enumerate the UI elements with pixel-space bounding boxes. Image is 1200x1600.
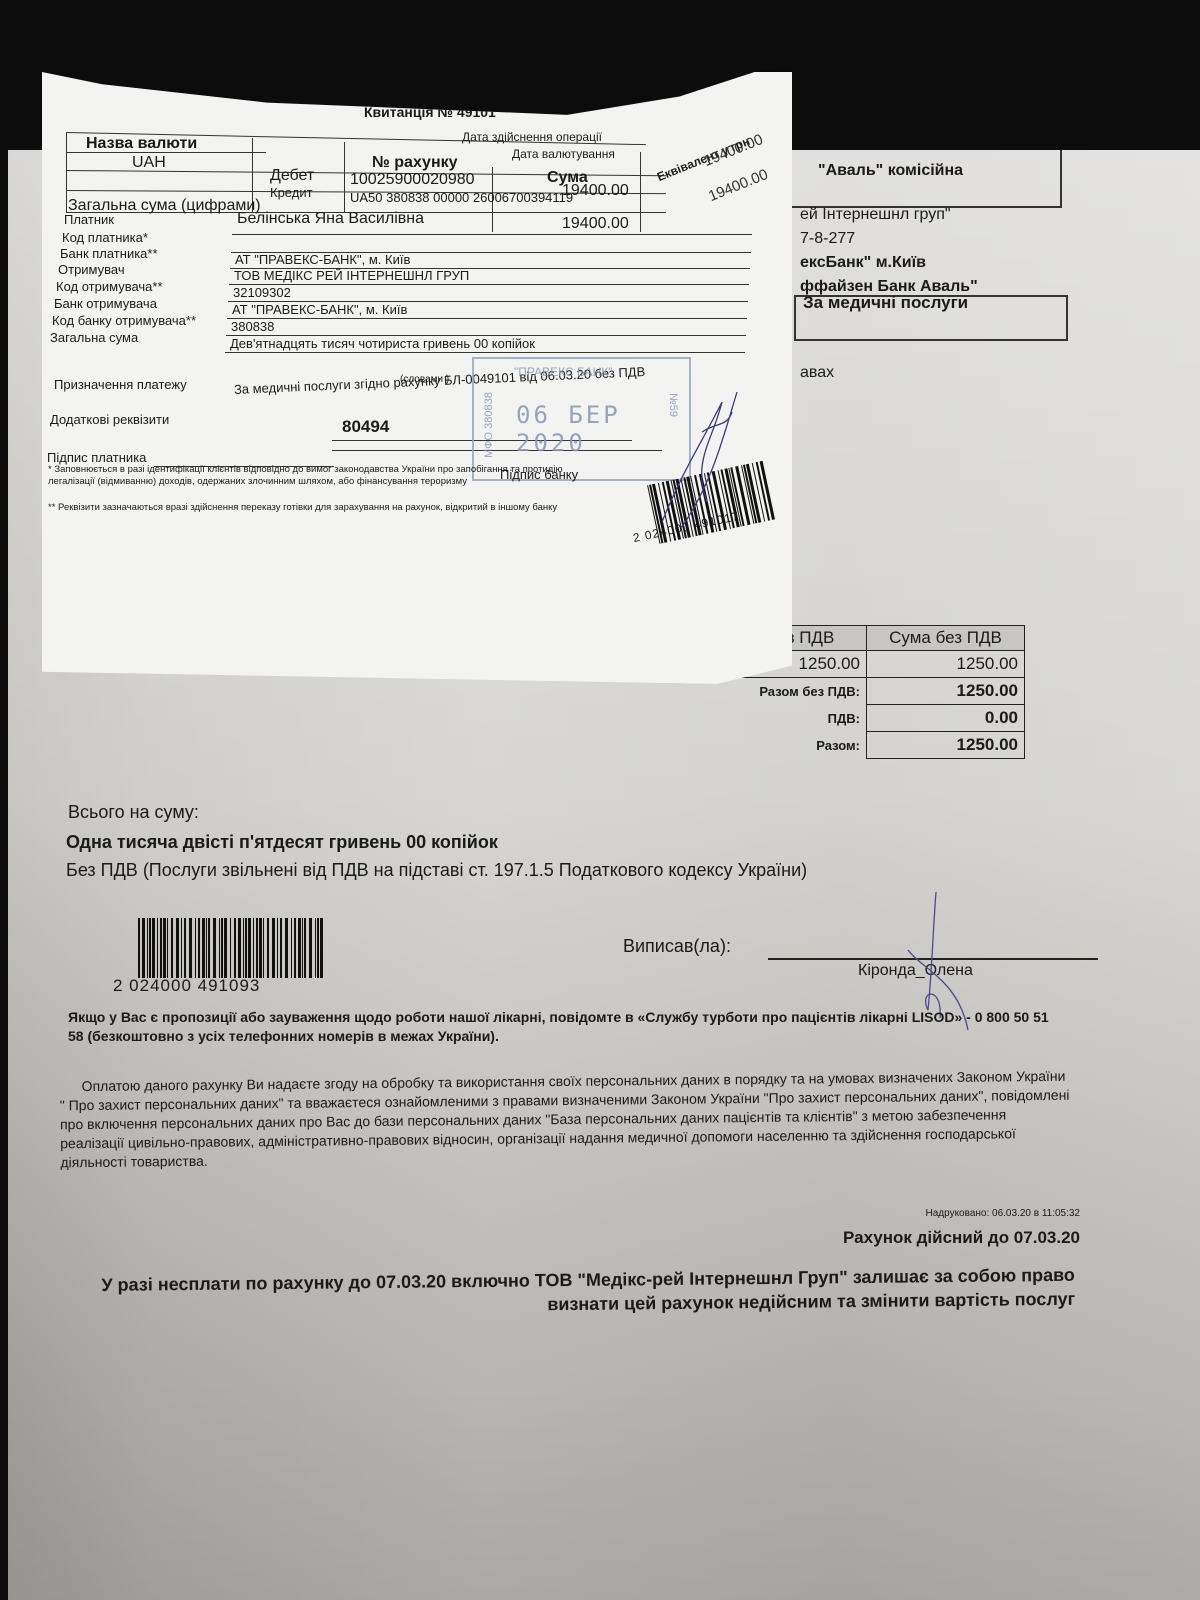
feedback-notice: Якщо у Вас є пропозиції або зауваження щ… bbox=[68, 1008, 1068, 1046]
barcode-icon bbox=[136, 918, 326, 978]
valid-until: Рахунок дійсний до 07.03.20 bbox=[843, 1228, 1080, 1248]
debit-label: Дебет bbox=[270, 167, 314, 185]
debit-account: 10025900020980 bbox=[350, 171, 475, 189]
footnote-1: * Заповнюється в разі ідентифікації кліє… bbox=[48, 464, 608, 488]
recipient-bank: ексБанк" м.Київ bbox=[800, 254, 926, 272]
footnote-2: ** Реквізити зазначаються вразі здійснен… bbox=[48, 502, 608, 514]
extra-details-value: 80494 bbox=[342, 417, 389, 437]
account-header: № рахунку bbox=[372, 154, 458, 172]
vat-value: 0.00 bbox=[867, 705, 1025, 732]
invoice-purpose: За медичні послуги bbox=[803, 293, 968, 313]
payer-signature-label: Підпис платника bbox=[47, 450, 146, 465]
recipient-name: ей Інтернешнл груп" bbox=[800, 206, 951, 224]
credit-label: Кредит bbox=[270, 185, 313, 200]
sum-value: 1250.00 bbox=[867, 651, 1025, 678]
partial-text: авах bbox=[800, 364, 834, 382]
currency-value: UAH bbox=[132, 154, 166, 172]
field-value: АТ "ПРАВЕКС-БАНК", м. Київ bbox=[232, 302, 407, 317]
bank-stamp: "ПРАВЕКС БАНК" 06 БЕР 2020 МФО 380838 №5… bbox=[472, 357, 691, 481]
field-label: Банк платника** bbox=[60, 246, 158, 261]
stamp-mfo: МФО 380838 bbox=[483, 392, 495, 458]
receipt-slip: Квитанція № 49101 Дата здійснення операц… bbox=[42, 72, 792, 684]
currency-header: Назва валюти bbox=[86, 135, 197, 153]
value-date-label: Дата валютування bbox=[512, 147, 615, 161]
printed-timestamp: Надруковано: 06.03.20 в 11:05:32 bbox=[926, 1208, 1081, 1219]
purpose-label: Призначення платежу bbox=[54, 377, 187, 392]
receipt-title: Квитанція № 49101 bbox=[364, 104, 496, 120]
sum-value: 19400.00 bbox=[562, 182, 629, 200]
vat-exemption-note: Без ПДВ (Послуги звільнені від ПДВ на пі… bbox=[66, 860, 807, 881]
total-sum-words: Одна тисяча двісті п'ятдесят гривень 00 … bbox=[66, 832, 498, 853]
credit-account: UA50 380838 00000 26006700394119 bbox=[350, 190, 573, 205]
field-label: Банк отримувача bbox=[54, 296, 157, 311]
sum-header: Сума без ПДВ bbox=[867, 626, 1025, 651]
subtotal-label: Разом без ПДВ: bbox=[709, 678, 867, 705]
total-label: Разом: bbox=[709, 732, 867, 759]
equivalent-value-1: 19400.00 bbox=[701, 131, 765, 170]
field-label: Платник bbox=[64, 212, 114, 227]
field-label: Код платника* bbox=[62, 230, 148, 245]
barcode-number: 2 024000 491093 bbox=[113, 976, 260, 996]
total-value: 1250.00 bbox=[867, 732, 1025, 759]
sum-total-value: 19400.00 bbox=[562, 215, 629, 233]
field-value: ТОВ МЕДІКС РЕЙ ІНТЕРНЕШНЛ ГРУП bbox=[234, 268, 469, 283]
total-sum-label: Всього на суму: bbox=[68, 802, 199, 823]
issued-by-label: Виписав(ла): bbox=[623, 936, 731, 957]
issued-by-name: Кіронда_Олена bbox=[858, 962, 973, 980]
signature-line bbox=[768, 958, 1098, 960]
field-label: Отримувач bbox=[58, 262, 125, 277]
field-label: Код банку отримувача** bbox=[52, 313, 196, 328]
stamp-bank: "ПРАВЕКС БАНК" bbox=[514, 365, 612, 379]
vat-label: ПДВ: bbox=[709, 705, 867, 732]
field-value: Дев'ятнадцять тисяч чотириста гривень 00… bbox=[230, 336, 535, 351]
stamp-date: 06 БЕР 2020 bbox=[516, 401, 689, 457]
bank-header: "Аваль" комісійна bbox=[818, 162, 963, 180]
equivalent-value-2: 19400.00 bbox=[706, 166, 770, 205]
field-value: 32109302 bbox=[233, 285, 291, 300]
recipient-code: 7-8-277 bbox=[800, 230, 855, 248]
consent-notice: Оплатою даного рахунку Ви надаєте згоду … bbox=[60, 1067, 1071, 1173]
field-value: АТ "ПРАВЕКС-БАНК", м. Київ bbox=[235, 252, 410, 267]
field-value: Белінська Яна Василівна bbox=[237, 210, 424, 228]
stamp-number: №59 bbox=[667, 393, 679, 417]
field-value: 380838 bbox=[231, 319, 274, 334]
subtotal-value: 1250.00 bbox=[867, 678, 1025, 705]
extra-details-label: Додаткові реквізити bbox=[50, 412, 169, 427]
field-label: Загальна сума bbox=[50, 330, 138, 345]
field-label: Код отримувача** bbox=[56, 279, 163, 294]
